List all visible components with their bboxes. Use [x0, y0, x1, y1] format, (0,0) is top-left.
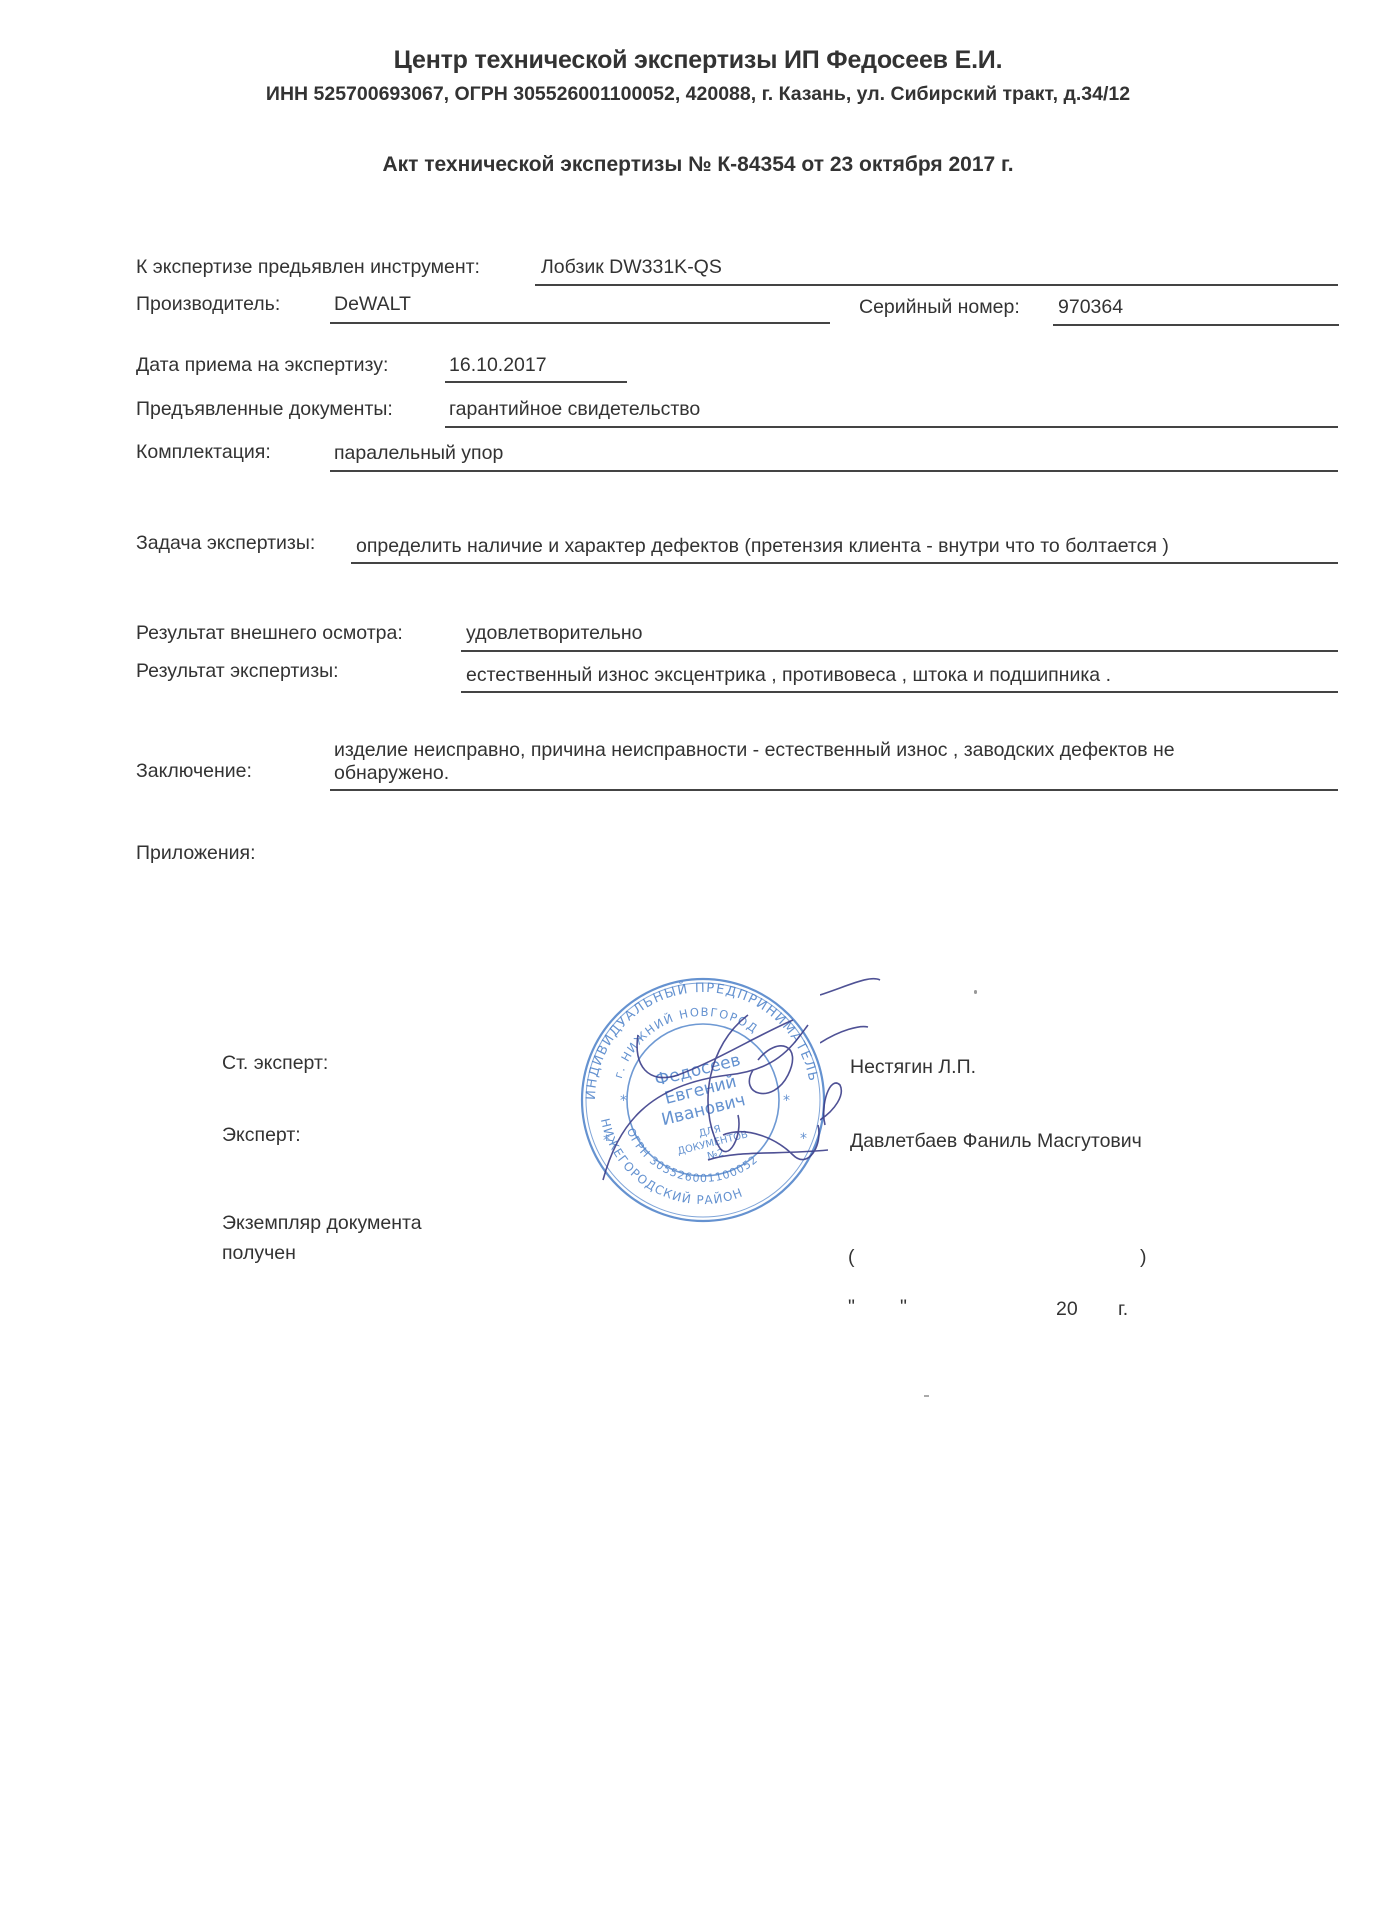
- visual-result-label: Результат внешнего осмотра:: [136, 622, 403, 645]
- serial-underline: [1053, 324, 1339, 326]
- company-stamp: ИНДИВИДУАЛЬНЫЙ ПРЕДПРИНИМАТЕЛЬ г. НИЖНИЙ…: [578, 975, 828, 1225]
- serial-label: Серийный номер:: [859, 296, 1020, 319]
- stamp-district-text: НИЖЕГОРОДСКИЙ РАЙОН: [598, 1117, 745, 1207]
- manufacturer-underline: [330, 322, 830, 324]
- instrument-underline: [535, 284, 1338, 286]
- scan-speck: [924, 1395, 929, 1397]
- visual-result-underline: [461, 650, 1338, 652]
- senior-expert-label: Ст. эксперт:: [222, 1052, 328, 1075]
- recipient-paren-open: (: [848, 1246, 855, 1269]
- expert-result-value: естественный износ эксцентрика , противо…: [466, 664, 1111, 687]
- date-received-label: Дата приема на экспертизу:: [136, 354, 388, 377]
- recipient-paren-close: ): [1140, 1246, 1147, 1269]
- act-title: Акт технической экспертизы № К-84354 от …: [0, 153, 1396, 177]
- date-quote-open: ": [848, 1296, 855, 1319]
- visual-result-value: удовлетворительно: [466, 622, 643, 645]
- expert-label: Эксперт:: [222, 1124, 301, 1147]
- svg-text:НИЖЕГОРОДСКИЙ РАЙОН: НИЖЕГОРОДСКИЙ РАЙОН: [598, 1117, 745, 1207]
- expert-result-underline: [461, 691, 1338, 693]
- scan-speck: [974, 990, 977, 994]
- documents-label: Предъявленные документы:: [136, 398, 393, 421]
- date-received-value: 16.10.2017: [449, 354, 547, 377]
- senior-expert-name: Нестягин Л.П.: [850, 1056, 976, 1079]
- expert-result-label: Результат экспертизы:: [136, 660, 339, 683]
- serial-value: 970364: [1058, 296, 1123, 319]
- date-received-underline: [445, 381, 627, 383]
- task-underline: [351, 562, 1338, 564]
- manufacturer-label: Производитель:: [136, 293, 280, 316]
- documents-value: гарантийное свидетельство: [449, 398, 700, 421]
- conclusion-line-1: изделие неисправно, причина неисправност…: [334, 739, 1175, 762]
- date-quote-close: ": [900, 1296, 907, 1319]
- date-year-prefix: 20: [1056, 1298, 1078, 1321]
- kit-underline: [330, 470, 1338, 472]
- kit-label: Комплектация:: [136, 441, 271, 464]
- copy-received-label-line-1: Экземпляр документа: [222, 1212, 422, 1235]
- copy-received-label-line-2: получен: [222, 1242, 296, 1265]
- instrument-value: Лобзик DW331K-QS: [541, 256, 722, 279]
- svg-text:*: *: [783, 1093, 790, 1109]
- task-label: Задача экспертизы:: [136, 532, 315, 555]
- svg-text:*: *: [603, 1133, 610, 1149]
- organization-details: ИНН 525700693067, ОГРН 305526001100052, …: [0, 83, 1396, 106]
- task-value: определить наличие и характер дефектов (…: [356, 535, 1169, 558]
- date-year-suffix: г.: [1118, 1298, 1128, 1321]
- conclusion-label: Заключение:: [136, 760, 252, 783]
- manufacturer-value: DeWALT: [334, 293, 411, 316]
- svg-text:*: *: [800, 1131, 807, 1147]
- expert-name: Давлетбаев Фаниль Масгутович: [850, 1130, 1142, 1153]
- instrument-label: К экспертизе предьявлен инструмент:: [136, 256, 480, 279]
- kit-value: паралельный упор: [334, 442, 503, 465]
- svg-text:*: *: [620, 1093, 627, 1109]
- conclusion-underline: [330, 789, 1338, 791]
- documents-underline: [445, 426, 1338, 428]
- conclusion-line-2: обнаружено.: [334, 762, 449, 785]
- attachments-label: Приложения:: [136, 842, 256, 865]
- organization-name: Центр технической экспертизы ИП Федосеев…: [0, 46, 1396, 75]
